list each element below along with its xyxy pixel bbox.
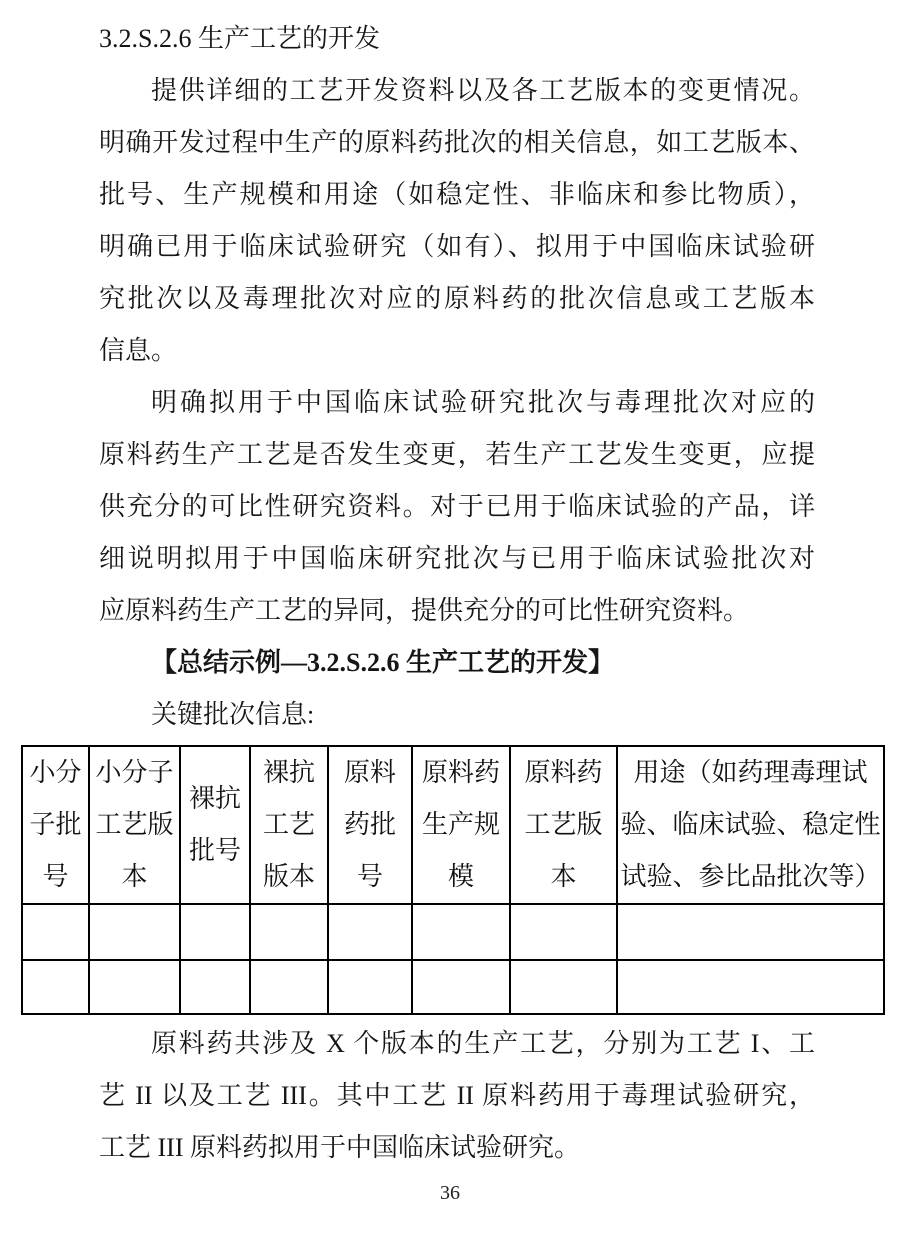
table-cell — [412, 960, 510, 1014]
body-text-line: 工艺 III 原料药拟用于中国临床试验研究。 — [99, 1122, 815, 1174]
table-header-cell-naked-antibody-process-version: 裸抗 工艺 版本 — [250, 746, 328, 904]
table-cell — [180, 960, 250, 1014]
body-text-line: 提供详细的工艺开发资料以及各工艺版本的变更情况。 — [99, 65, 815, 117]
body-text-line: 供充分的可比性研究资料。对于已用于临床试验的产品，详 — [99, 481, 815, 533]
table-cell — [617, 960, 884, 1014]
table-cell — [412, 904, 510, 960]
table-cell — [328, 904, 412, 960]
summary-example-heading: 【总结示例—3.2.S.2.6 生产工艺的开发】 — [99, 637, 815, 689]
table-header-cell-drug-substance-batch: 原料 药批 号 — [328, 746, 412, 904]
body-text-line: 明确开发过程中生产的原料药批次的相关信息，如工艺版本、 — [99, 117, 815, 169]
upper-text-block: 3.2.S.2.6 生产工艺的开发 提供详细的工艺开发资料以及各工艺版本的变更情… — [99, 13, 815, 741]
body-text-line: 艺 II 以及工艺 III。其中工艺 II 原料药用于毒理试验研究， — [99, 1070, 815, 1122]
table-header-cell-drug-substance-process-version: 原料药 工艺版 本 — [510, 746, 617, 904]
table-cell — [250, 960, 328, 1014]
table-header-cell-usage: 用途（如药理毒理试 验、临床试验、稳定性 试验、参比品批次等） — [617, 746, 884, 904]
table-cell — [250, 904, 328, 960]
table-header-cell-small-molecule-process-version: 小分子 工艺版 本 — [89, 746, 180, 904]
document-page: 3.2.S.2.6 生产工艺的开发 提供详细的工艺开发资料以及各工艺版本的变更情… — [0, 0, 900, 1241]
table-cell — [510, 960, 617, 1014]
table-cell — [22, 904, 89, 960]
table-cell — [617, 904, 884, 960]
table-cell — [22, 960, 89, 1014]
table-header-cell-naked-antibody-batch: 裸抗 批号 — [180, 746, 250, 904]
table-header-cell-small-molecule-batch: 小分 子批 号 — [22, 746, 89, 904]
table-header-cell-drug-substance-scale: 原料药 生产规 模 — [412, 746, 510, 904]
body-text-line: 原料药生产工艺是否发生变更，若生产工艺发生变更，应提 — [99, 429, 815, 481]
body-text-line: 应原料药生产工艺的异同，提供充分的可比性研究资料。 — [99, 585, 815, 637]
page-number: 36 — [0, 1180, 900, 1206]
table-row — [22, 960, 884, 1014]
body-text-line: 细说明拟用于中国临床研究批次与已用于临床试验批次对 — [99, 533, 815, 585]
key-batch-info-table: 小分 子批 号 小分子 工艺版 本 裸抗 批号 裸抗 工艺 版本 原料 药批 号… — [21, 745, 885, 1015]
lower-text-block: 原料药共涉及 X 个版本的生产工艺，分别为工艺 I、工 艺 II 以及工艺 II… — [99, 1018, 815, 1174]
body-text-line: 批号、生产规模和用途（如稳定性、非临床和参比物质）， — [99, 169, 815, 221]
table-header-row: 小分 子批 号 小分子 工艺版 本 裸抗 批号 裸抗 工艺 版本 原料 药批 号… — [22, 746, 884, 904]
table-cell — [180, 904, 250, 960]
table-cell — [89, 904, 180, 960]
body-text-line: 明确已用于临床试验研究（如有）、拟用于中国临床试验研 — [99, 221, 815, 273]
body-text-line: 究批次以及毒理批次对应的原料药的批次信息或工艺版本 — [99, 273, 815, 325]
section-heading: 3.2.S.2.6 生产工艺的开发 — [99, 13, 815, 65]
body-text-line: 原料药共涉及 X 个版本的生产工艺，分别为工艺 I、工 — [99, 1018, 815, 1070]
table-cell — [510, 904, 617, 960]
table-cell — [328, 960, 412, 1014]
body-text-line: 明确拟用于中国临床试验研究批次与毒理批次对应的 — [99, 377, 815, 429]
table-cell — [89, 960, 180, 1014]
table-row — [22, 904, 884, 960]
table-caption: 关键批次信息: — [99, 689, 815, 741]
body-text-line: 信息。 — [99, 325, 815, 377]
